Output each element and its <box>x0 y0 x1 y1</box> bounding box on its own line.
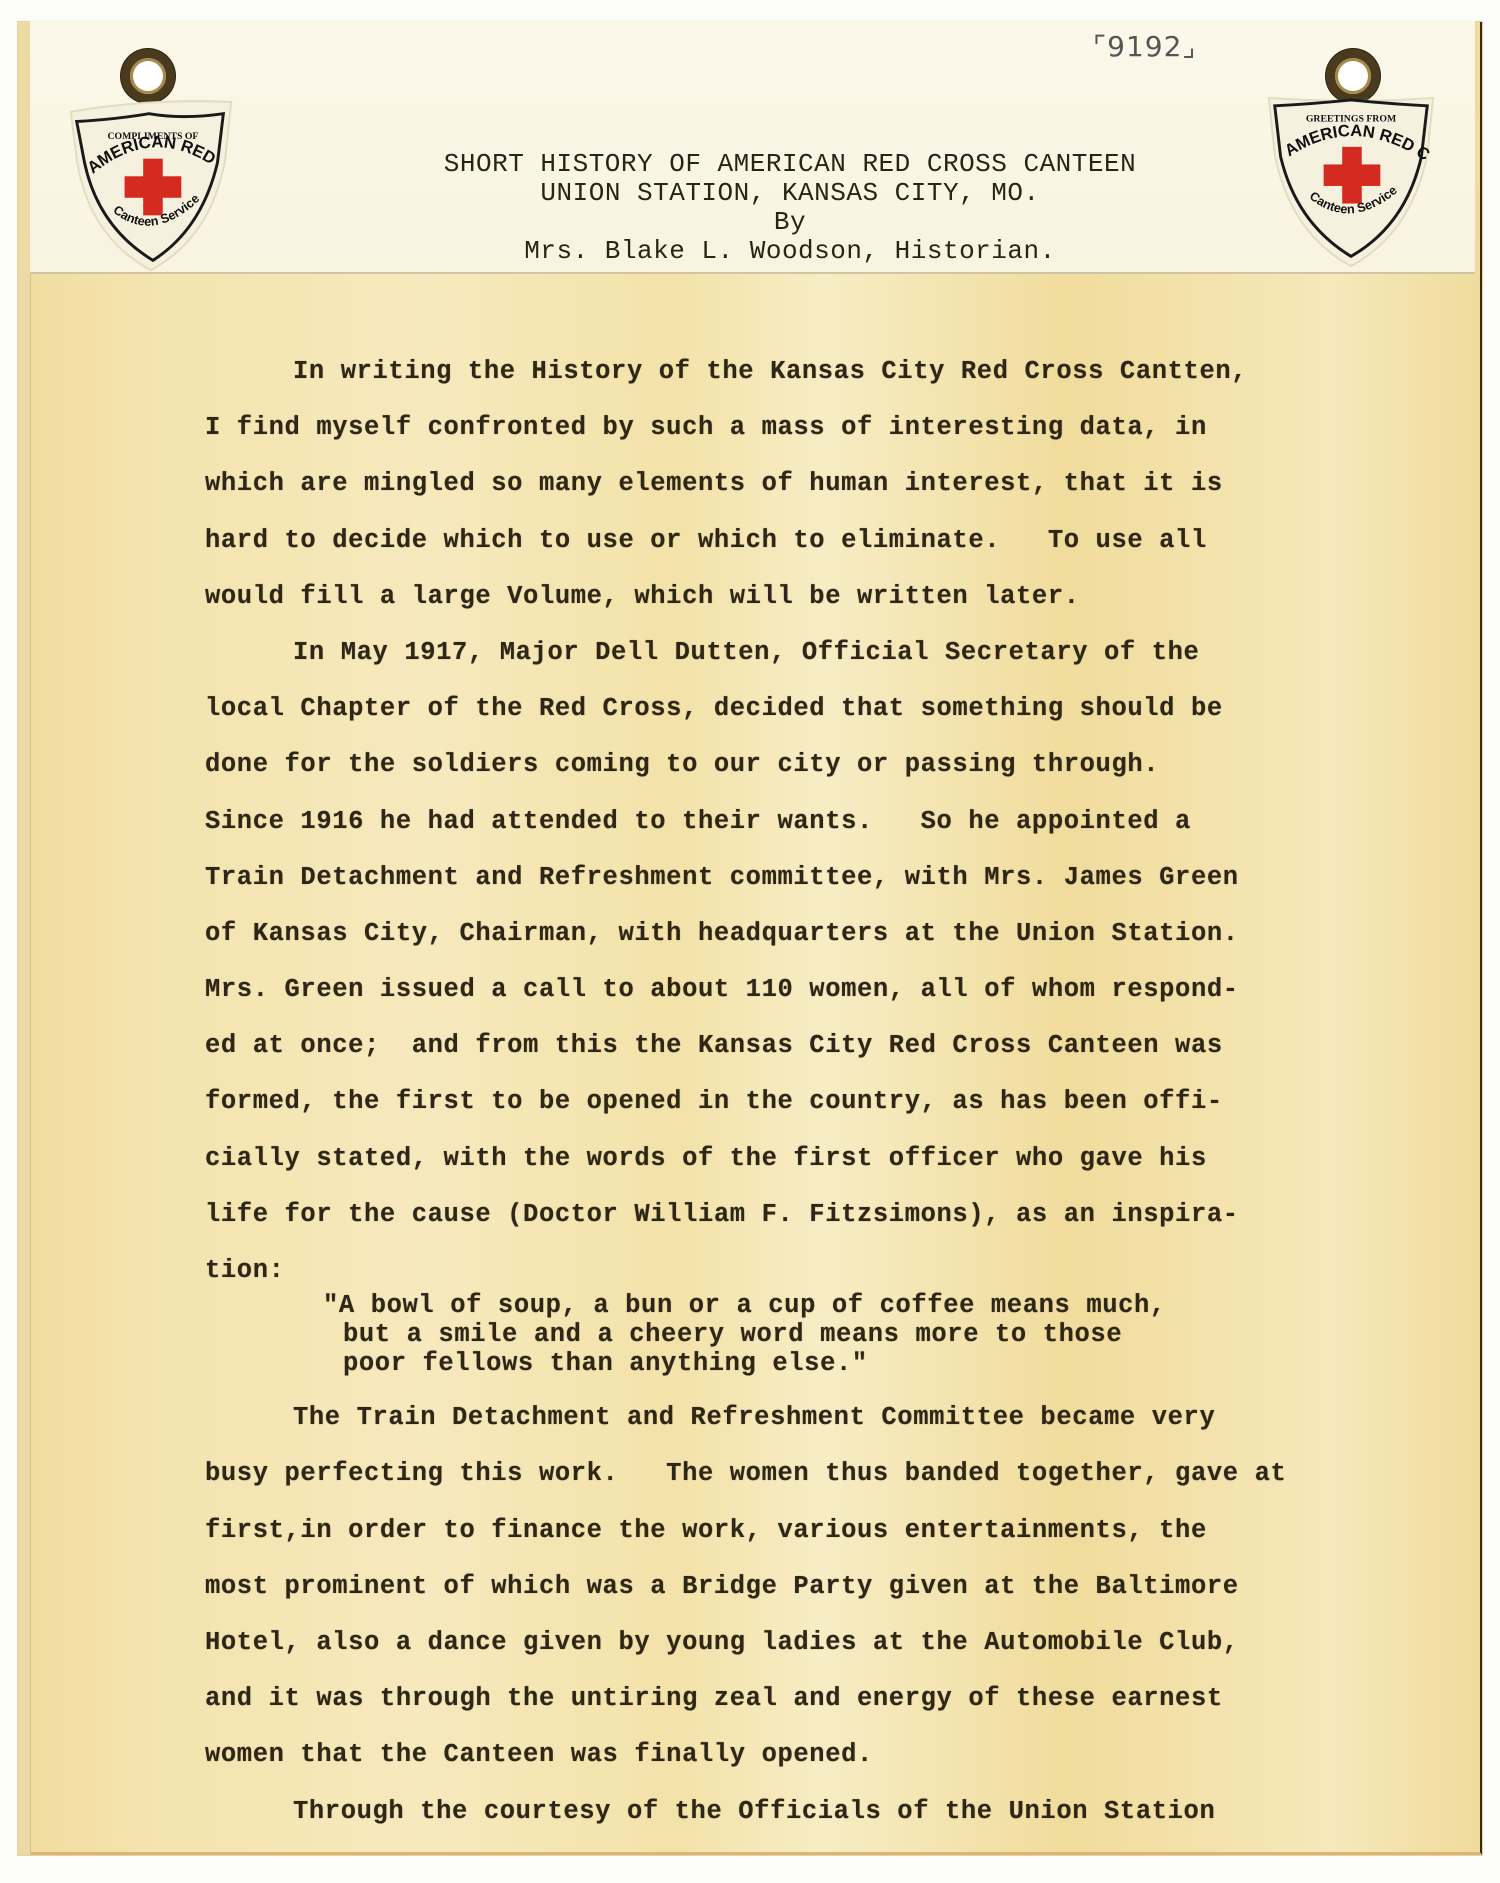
text-line: women that the Canteen was finally opene… <box>205 1727 1345 1783</box>
title-line: SHORT HISTORY OF AMERICAN RED CROSS CANT… <box>380 150 1200 179</box>
paragraph: Through the courtesy of the Officials of… <box>205 1784 1345 1840</box>
text-line: In writing the History of the Kansas Cit… <box>205 344 1345 400</box>
quote-line: poor fellows than anything else." <box>205 1349 1345 1378</box>
text-line: done for the soldiers coming to our city… <box>205 737 1345 793</box>
text-line: and it was through the untiring zeal and… <box>205 1671 1345 1727</box>
paragraph: The Train Detachment and Refreshment Com… <box>205 1390 1345 1783</box>
text-line: busy perfecting this work. The women thu… <box>205 1446 1345 1502</box>
text-line: most prominent of which was a Bridge Par… <box>205 1559 1345 1615</box>
title-byline: By <box>380 208 1200 237</box>
text-line: ed at once; and from this the Kansas Cit… <box>205 1018 1345 1074</box>
red-cross-shield-badge-right: GREETINGS FROM AMERICAN RED CROSS Cantee… <box>1263 96 1439 272</box>
text-line: which are mingled so many elements of hu… <box>205 456 1345 512</box>
text-line: The Train Detachment and Refreshment Com… <box>205 1390 1345 1446</box>
text-line: first,in order to finance the work, vari… <box>205 1503 1345 1559</box>
text-line: In May 1917, Major Dell Dutten, Official… <box>205 625 1345 681</box>
text-line: cially stated, with the words of the fir… <box>205 1131 1345 1187</box>
text-line: Through the courtesy of the Officials of… <box>205 1784 1345 1840</box>
text-line: formed, the first to be opened in the co… <box>205 1074 1345 1130</box>
red-cross-shield-badge-left: COMPLIMENTS OF AMERICAN RED CROSS Cantee… <box>63 100 239 276</box>
text-line: hard to decide which to use or which to … <box>205 513 1345 569</box>
text-line: Hotel, also a dance given by young ladie… <box>205 1615 1345 1671</box>
paragraph: In writing the History of the Kansas Cit… <box>205 344 1345 625</box>
title-line: UNION STATION, KANSAS CITY, MO. <box>380 179 1200 208</box>
text-line: of Kansas City, Chairman, with headquart… <box>205 906 1345 962</box>
accession-number: ⌜9192⌟ <box>1093 30 1197 63</box>
paragraph: In May 1917, Major Dell Dutten, Official… <box>205 625 1345 1299</box>
document-body: In writing the History of the Kansas Cit… <box>205 344 1345 1840</box>
text-line: I find myself confronted by such a mass … <box>205 400 1345 456</box>
text-line: life for the cause (Doctor William F. Fi… <box>205 1187 1345 1243</box>
grommet-hole-left <box>121 49 175 103</box>
document-title: SHORT HISTORY OF AMERICAN RED CROSS CANT… <box>380 150 1200 266</box>
title-author: Mrs. Blake L. Woodson, Historian. <box>380 237 1200 266</box>
backing-sheet-edge <box>18 25 31 1855</box>
text-line: Since 1916 he had attended to their want… <box>205 794 1345 850</box>
text-line: Train Detachment and Refreshment committ… <box>205 850 1345 906</box>
text-line: Mrs. Green issued a call to about 110 wo… <box>205 962 1345 1018</box>
grommet-hole-right <box>1326 49 1380 103</box>
block-quote: "A bowl of soup, a bun or a cup of coffe… <box>205 1291 1345 1378</box>
text-line: would fill a large Volume, which will be… <box>205 569 1345 625</box>
quote-line: "A bowl of soup, a bun or a cup of coffe… <box>205 1291 1345 1320</box>
text-line: local Chapter of the Red Cross, decided … <box>205 681 1345 737</box>
quote-line: but a smile and a cheery word means more… <box>205 1320 1345 1349</box>
